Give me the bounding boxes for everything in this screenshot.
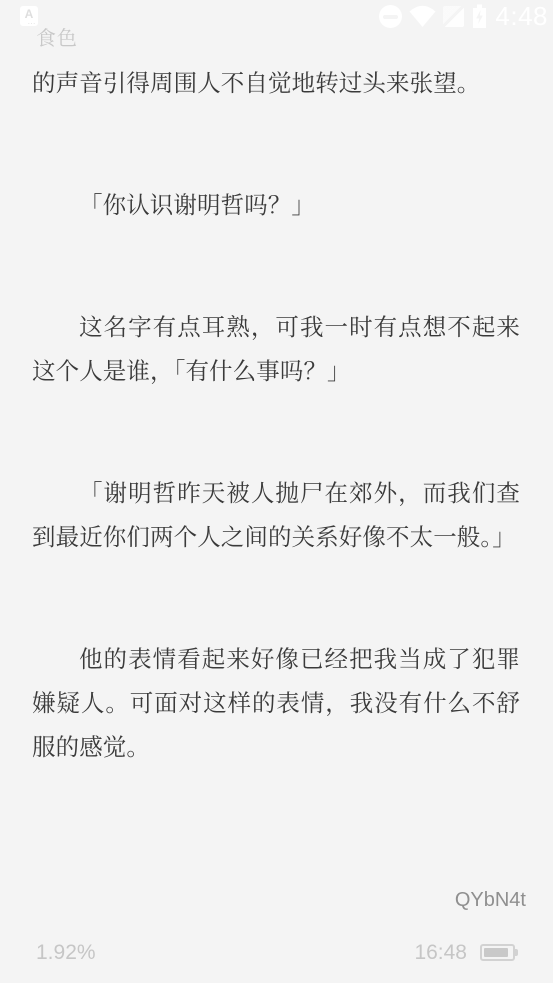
footer-right-group: 16:48	[414, 940, 515, 965]
paragraph: 「你认识谢明哲吗？」	[32, 183, 520, 227]
reading-progress: 1.92%	[36, 940, 96, 965]
app-notification-icon: A ...	[20, 6, 38, 26]
reader-content[interactable]: 的声音引得周围人不自觉地转过头来张望。 「你认识谢明哲吗？」 这名字有点耳熟，可…	[32, 61, 520, 847]
wifi-icon	[409, 5, 436, 28]
no-sim-icon	[443, 6, 464, 27]
status-bar: A ... 4:48	[0, 0, 553, 33]
footer-clock: 16:48	[414, 940, 467, 965]
paragraph: 他的表情看起来好像已经把我当成了犯罪嫌疑人。可面对这样的表情，我没有什么不舒服的…	[32, 637, 520, 769]
paragraph: 的声音引得周围人不自觉地转过头来张望。	[32, 61, 520, 105]
battery-charging-icon	[471, 4, 488, 29]
status-icons-group: 4:48	[379, 0, 548, 33]
chapter-title: 食色	[36, 27, 78, 51]
battery-fill	[484, 948, 508, 957]
paragraph: 这名字有点耳熟，可我一时有点想不起来这个人是谁，「有什么事吗？」	[32, 305, 520, 393]
do-not-disturb-icon	[379, 5, 402, 28]
reader-page[interactable]: A ... 4:48 食色 的声音引得周围人不自觉地转过头来张望。 「你认识	[0, 0, 553, 983]
battery-icon	[480, 944, 515, 961]
paragraph: 「谢明哲昨天被人抛尸在郊外，而我们查到最近你们两个人之间的关系好像不太一般。」	[32, 471, 520, 559]
notification-letter: A	[25, 7, 34, 21]
status-clock: 4:48	[495, 0, 548, 33]
watermark-code: QYbN4t	[455, 889, 526, 911]
notification-dots: ...	[20, 22, 38, 25]
